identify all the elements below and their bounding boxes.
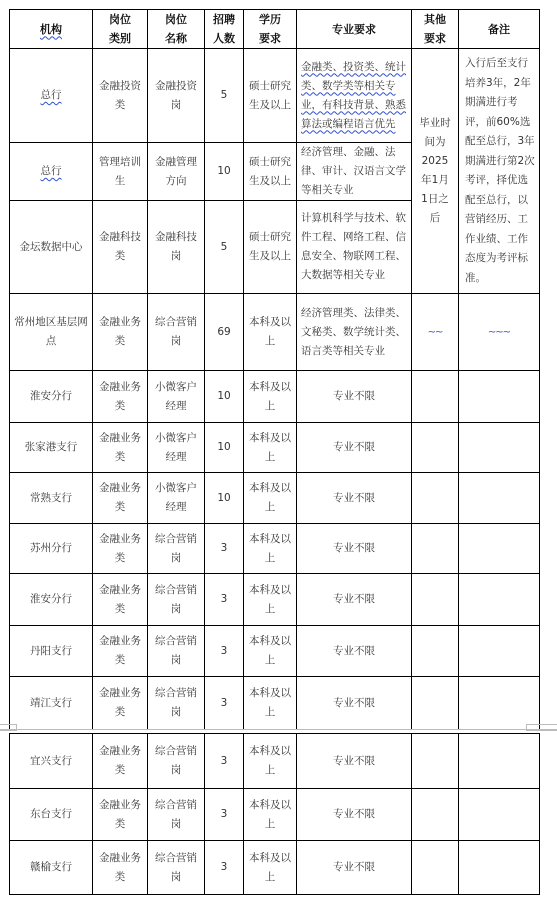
header-headcount: 招聘 人数	[205, 10, 244, 49]
table-row: 淮安分行 金融业务类 综合营销岗 3 本科及以上 专业不限	[10, 574, 540, 626]
cell-education: 硕士研究生及以上	[244, 49, 297, 143]
cell-org: 苏州分行	[10, 524, 93, 574]
cell-job-category: 金融投资类	[93, 49, 148, 143]
cell-education: 硕士研究生及以上	[244, 143, 297, 201]
cell-other	[412, 734, 459, 789]
cell-other	[412, 841, 459, 895]
cell-education: 本科及以上	[244, 677, 297, 730]
cell-remark-merged: 入行后至支行培养3年，2年期满进行考评，前60%选配至总行，3年期满进行第2次考…	[459, 49, 540, 294]
cell-major: 计算机科学与技术、软件工程、网络工程、信息安全、物联网工程、大数据等相关专业	[297, 201, 412, 294]
cell-job-name: 金融管理方向	[148, 143, 205, 201]
cell-major: 专业不限	[297, 371, 412, 423]
cell-job-category: 金融业务类	[93, 524, 148, 574]
cell-major: 专业不限	[297, 524, 412, 574]
cell-job-category: 管理培训生	[93, 143, 148, 201]
cell-job-name: 综合营销岗	[148, 789, 205, 841]
cell-other	[412, 626, 459, 677]
cell-job-name: 综合营销岗	[148, 574, 205, 626]
cell-major: 专业不限	[297, 626, 412, 677]
cell-education: 本科及以上	[244, 423, 297, 473]
cell-education: 硕士研究生及以上	[244, 201, 297, 294]
cell-org: 总行	[10, 143, 93, 201]
cell-other	[412, 789, 459, 841]
cell-org: 赣榆支行	[10, 841, 93, 895]
cell-other	[412, 473, 459, 524]
cell-job-category: 金融业务类	[93, 677, 148, 730]
page-break-line	[0, 729, 557, 730]
header-education: 学历 要求	[244, 10, 297, 49]
cell-headcount: 5	[205, 49, 244, 143]
cell-headcount: 3	[205, 626, 244, 677]
page-corner-mark-left	[0, 724, 17, 731]
cell-job-name: 金融投资岗	[148, 49, 205, 143]
cell-other	[412, 371, 459, 423]
header-major: 专业要求	[297, 10, 412, 49]
cell-job-category: 金融业务类	[93, 574, 148, 626]
page-corner-mark-right	[526, 724, 557, 731]
table-row: 总行 金融投资类 金融投资岗 5 硕士研究生及以上 金融类、投资类、统计类、数学…	[10, 49, 540, 143]
cell-org: 丹阳支行	[10, 626, 93, 677]
cell-org: 金坛数据中心	[10, 201, 93, 294]
table-row: 宜兴支行 金融业务类 综合营销岗 3 本科及以上 专业不限	[10, 734, 540, 789]
cell-job-name: 综合营销岗	[148, 294, 205, 371]
cell-remark	[459, 423, 540, 473]
cell-job-category: 金融业务类	[93, 789, 148, 841]
cell-headcount: 5	[205, 201, 244, 294]
cell-job-name: 金融科技岗	[148, 201, 205, 294]
cell-education: 本科及以上	[244, 789, 297, 841]
header-remark: 备注	[459, 10, 540, 49]
cell-major: 专业不限	[297, 473, 412, 524]
cell-remark	[459, 524, 540, 574]
cell-headcount: 3	[205, 524, 244, 574]
cell-org: 靖江支行	[10, 677, 93, 730]
cell-other-merged: 毕业时间为2025年1月1日之后	[412, 49, 459, 294]
cell-job-name: 小微客户经理	[148, 423, 205, 473]
cell-job-name: 综合营销岗	[148, 626, 205, 677]
cell-major: 专业不限	[297, 574, 412, 626]
cell-education: 本科及以上	[244, 371, 297, 423]
cell-org: 张家港支行	[10, 423, 93, 473]
cell-headcount: 3	[205, 789, 244, 841]
cell-headcount: 69	[205, 294, 244, 371]
cell-major: 专业不限	[297, 789, 412, 841]
header-job-name: 岗位 名称	[148, 10, 205, 49]
cell-headcount: 10	[205, 423, 244, 473]
spellcheck-mark-icon: ~~~	[488, 327, 510, 338]
cell-remark	[459, 734, 540, 789]
cell-org: 东台支行	[10, 789, 93, 841]
cell-job-category: 金融业务类	[93, 371, 148, 423]
cell-org: 常州地区基层网点	[10, 294, 93, 371]
cell-education: 本科及以上	[244, 841, 297, 895]
cell-job-name: 综合营销岗	[148, 524, 205, 574]
cell-remark	[459, 371, 540, 423]
cell-other	[412, 677, 459, 730]
cell-other	[412, 574, 459, 626]
table-row: 东台支行 金融业务类 综合营销岗 3 本科及以上 专业不限	[10, 789, 540, 841]
cell-remark	[459, 789, 540, 841]
cell-education: 本科及以上	[244, 574, 297, 626]
cell-remark	[459, 677, 540, 730]
cell-education: 本科及以上	[244, 524, 297, 574]
table-row: 常熟支行 金融业务类 小微客户经理 10 本科及以上 专业不限	[10, 473, 540, 524]
spellcheck-mark-icon: ~~	[428, 327, 443, 338]
table-row: 苏州分行 金融业务类 综合营销岗 3 本科及以上 专业不限	[10, 524, 540, 574]
cell-headcount: 3	[205, 734, 244, 789]
cell-org: 宜兴支行	[10, 734, 93, 789]
header-other: 其他 要求	[412, 10, 459, 49]
cell-headcount: 10	[205, 371, 244, 423]
cell-job-category: 金融业务类	[93, 423, 148, 473]
recruitment-table-page1: 机构 岗位 类别 岗位 名称 招聘 人数 学历 要求 专业要求 其他 要求 备注…	[9, 9, 540, 730]
cell-job-name: 小微客户经理	[148, 371, 205, 423]
cell-remark	[459, 841, 540, 895]
cell-remark	[459, 473, 540, 524]
table-row: 淮安分行 金融业务类 小微客户经理 10 本科及以上 专业不限	[10, 371, 540, 423]
cell-remark	[459, 626, 540, 677]
cell-other: ~~	[412, 294, 459, 371]
cell-other	[412, 423, 459, 473]
cell-remark	[459, 574, 540, 626]
cell-education: 本科及以上	[244, 626, 297, 677]
cell-job-category: 金融业务类	[93, 473, 148, 524]
cell-major: 经济管理类、法律类、文秘类、数学统计类、语言类等相关专业	[297, 294, 412, 371]
cell-major: 专业不限	[297, 734, 412, 789]
cell-major: 金融类、投资类、统计类、数学类等相关专业，有科技背景、熟悉算法或编程语言优先	[297, 49, 412, 143]
table-row: 丹阳支行 金融业务类 综合营销岗 3 本科及以上 专业不限	[10, 626, 540, 677]
cell-education: 本科及以上	[244, 473, 297, 524]
cell-org: 总行	[10, 49, 93, 143]
cell-major: 专业不限	[297, 677, 412, 730]
cell-major: 专业不限	[297, 841, 412, 895]
cell-headcount: 3	[205, 677, 244, 730]
cell-job-name: 综合营销岗	[148, 677, 205, 730]
cell-org: 常熟支行	[10, 473, 93, 524]
table-row: 常州地区基层网点 金融业务类 综合营销岗 69 本科及以上 经济管理类、法律类、…	[10, 294, 540, 371]
cell-job-name: 小微客户经理	[148, 473, 205, 524]
cell-job-category: 金融业务类	[93, 294, 148, 371]
cell-headcount: 10	[205, 143, 244, 201]
cell-job-category: 金融业务类	[93, 841, 148, 895]
cell-org: 淮安分行	[10, 574, 93, 626]
cell-major: 经济管理、金融、法律、审计、汉语言文学等相关专业	[297, 143, 412, 201]
cell-other	[412, 524, 459, 574]
cell-org: 淮安分行	[10, 371, 93, 423]
cell-job-category: 金融科技类	[93, 201, 148, 294]
cell-education: 本科及以上	[244, 734, 297, 789]
cell-job-name: 综合营销岗	[148, 734, 205, 789]
cell-headcount: 3	[205, 841, 244, 895]
cell-job-category: 金融业务类	[93, 734, 148, 789]
cell-job-category: 金融业务类	[93, 626, 148, 677]
table-row: 赣榆支行 金融业务类 综合营销岗 3 本科及以上 专业不限	[10, 841, 540, 895]
cell-headcount: 3	[205, 574, 244, 626]
cell-job-name: 综合营销岗	[148, 841, 205, 895]
header-row: 机构 岗位 类别 岗位 名称 招聘 人数 学历 要求 专业要求 其他 要求 备注	[10, 10, 540, 49]
recruitment-table-page2: 宜兴支行 金融业务类 综合营销岗 3 本科及以上 专业不限 东台支行 金融业务类…	[9, 733, 540, 895]
cell-education: 本科及以上	[244, 294, 297, 371]
table-row: 张家港支行 金融业务类 小微客户经理 10 本科及以上 专业不限	[10, 423, 540, 473]
cell-remark: ~~~	[459, 294, 540, 371]
header-job-category: 岗位 类别	[93, 10, 148, 49]
cell-major: 专业不限	[297, 423, 412, 473]
header-org: 机构	[10, 10, 93, 49]
table-row: 靖江支行 金融业务类 综合营销岗 3 本科及以上 专业不限	[10, 677, 540, 730]
cell-headcount: 10	[205, 473, 244, 524]
